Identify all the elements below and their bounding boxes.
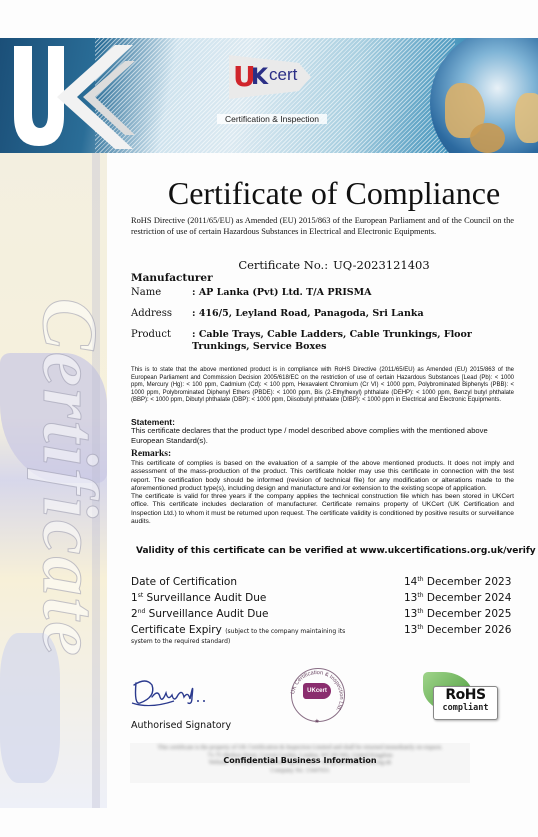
- certificate-number-label: Certificate No.:: [238, 258, 328, 272]
- date-value: 14th December 2023: [404, 576, 511, 588]
- rohs-compliant-badge: RoHS compliant: [423, 672, 501, 722]
- footer: This certificate is the property of UK C…: [130, 743, 470, 783]
- date-label: Certificate Expiry (subject to the compa…: [131, 624, 345, 636]
- directive-text: RoHS Directive (2011/65/EU) as Amended (…: [131, 215, 514, 237]
- date-label: 2nd Surveillance Audit Due: [131, 608, 268, 620]
- date-row-certification: Date of Certification 14th December 2023: [131, 576, 521, 592]
- date-value: 13th December 2024: [404, 592, 511, 604]
- date-label: 1st Surveillance Audit Due: [131, 592, 266, 604]
- remarks-paragraph-2: The certificate is valid for three years…: [131, 493, 514, 526]
- field-label: Name: [131, 287, 191, 298]
- signatory-label: Authorised Signatory: [131, 720, 231, 731]
- logo-cert: cert: [269, 66, 297, 83]
- certificate-number-value: UQ-2023121403: [333, 258, 430, 272]
- side-watermark-word: Certificate: [25, 298, 115, 698]
- date-value: 13th December 2025: [404, 608, 511, 620]
- verification-text: Validity of this certificate can be veri…: [136, 546, 536, 556]
- ukcert-logo: U K cert Certification & Inspection: [225, 55, 315, 115]
- date-row-surveillance-2: 2nd Surveillance Audit Due 13th December…: [131, 608, 521, 624]
- confidential-label: Confidential Business Information: [130, 756, 470, 765]
- svg-text:★: ★: [314, 718, 319, 725]
- dates-table: Date of Certification 14th December 2023…: [131, 576, 521, 645]
- field-value: : Cable Trays, Cable Ladders, Cable Trun…: [192, 329, 512, 353]
- globe-land: [470, 123, 505, 153]
- signature-image: [130, 675, 210, 710]
- expiry-note: (subject to the company maintaining its: [225, 628, 345, 635]
- certificate-number: Certificate No.:UQ-2023121403: [130, 258, 538, 272]
- field-label: Address: [131, 308, 191, 319]
- rohs-box: RoHS compliant: [433, 686, 498, 720]
- date-value: 13th December 2026: [404, 624, 511, 636]
- logo-tagline: Certification & Inspection: [217, 114, 327, 124]
- uk-letter-k-graphic: [55, 43, 135, 151]
- date-label: Date of Certification: [131, 576, 237, 588]
- remarks-paragraph-1: This certificate of complies is based on…: [131, 460, 514, 493]
- date-row-expiry: Certificate Expiry (subject to the compa…: [131, 624, 521, 640]
- compliance-text: This is to state that the above mentione…: [131, 367, 514, 405]
- manufacturer-heading: Manufacturer: [131, 272, 213, 284]
- stamp-logo: UKcert: [303, 683, 331, 699]
- page-title: Certificate of Compliance: [130, 174, 538, 212]
- rohs-subtitle: compliant: [434, 703, 497, 713]
- certificate-page: U K cert Certification & Inspection Cert…: [0, 0, 538, 837]
- logo-k: K: [251, 67, 268, 89]
- field-value: : AP Lanka (Pvt) Ltd. T/A PRISMA: [192, 287, 512, 299]
- field-value: : 416/5, Leyland Road, Panagoda, Sri Lan…: [192, 308, 512, 320]
- date-row-surveillance-1: 1st Surveillance Audit Due 13th December…: [131, 592, 521, 608]
- field-label: Product: [131, 329, 191, 340]
- rohs-title: RoHS: [434, 687, 497, 703]
- statement-text: This certificate declares that the produ…: [131, 426, 511, 445]
- side-watermark: Certificate: [0, 153, 107, 808]
- remarks-text: This certificate of complies is based on…: [131, 460, 514, 526]
- remarks-heading: Remarks:: [131, 449, 171, 459]
- globe-land: [515, 93, 538, 143]
